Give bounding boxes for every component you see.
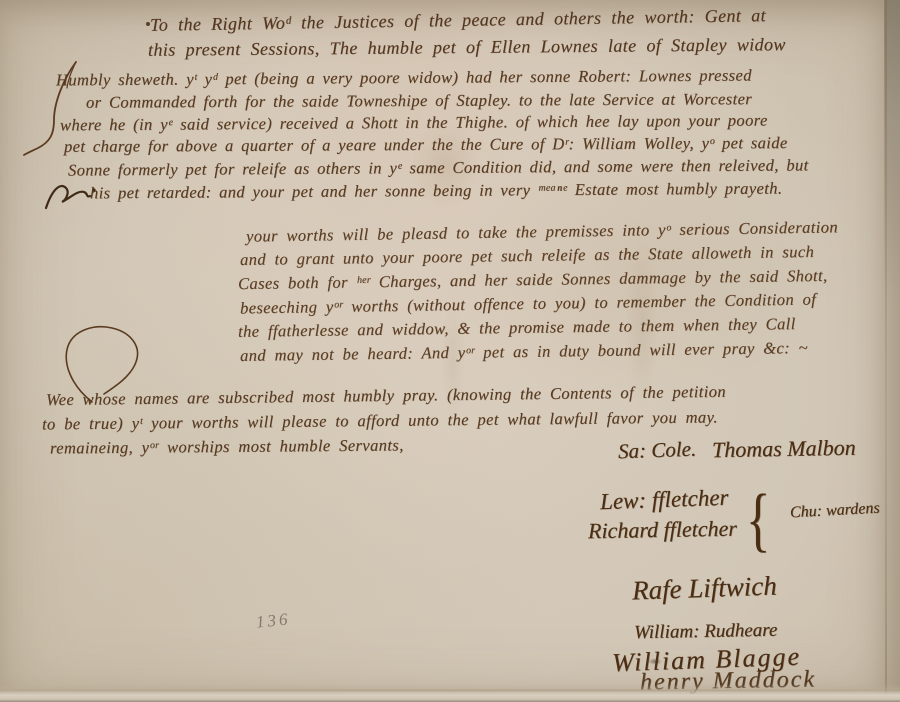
signature-cole: Sa: Cole. — [618, 437, 697, 465]
petition-heading-line-1: To the Right Woᵈ the Justices of the pea… — [150, 5, 766, 36]
page-edge-bottom — [0, 684, 900, 702]
signature-fletcher-lew: Lew: ffletcher — [600, 485, 729, 515]
petition-body-line: or Commanded forth for the saide Townesh… — [86, 89, 752, 112]
petition-prayer-line: the ffatherlesse and widdow, & the promi… — [238, 314, 796, 342]
signature-leftwich: Rafe Liftwich — [632, 570, 778, 606]
signature-fletcher-richard: Richard ffletcher — [588, 516, 737, 545]
margin-scribble — [42, 178, 102, 214]
fold-line — [885, 0, 887, 702]
churchwardens-brace: { — [746, 478, 770, 560]
churchwardens-label: Chu: wardens — [790, 500, 880, 523]
petition-heading-line-2: this present Sessions, The humble pet of… — [148, 34, 786, 61]
petition-prayer-line: and to grant unto your poore pet such re… — [240, 242, 814, 270]
petition-body-line: pet charge for above a quarter of a year… — [64, 133, 788, 157]
petition-body-line: Humbly sheweth. yᵗ yᵈ pet (being a very … — [56, 66, 752, 91]
petition-body-line: where he (in yᵉ said service) received a… — [60, 111, 768, 136]
signature-malbon: Thomas Malbon — [712, 435, 856, 464]
petition-prayer-line: and may not be heard: And yᵒʳ pet as in … — [240, 338, 808, 366]
manuscript-page: To the Right Woᵈ the Justices of the pea… — [0, 0, 900, 702]
petition-body-line: his pet retarded: and your pet and her s… — [90, 179, 783, 204]
subscription-line: remaineing, yᵒʳ worships most humble Ser… — [50, 435, 404, 458]
petition-body-line: Sonne formerly pet for releife as others… — [68, 155, 809, 180]
subscription-line: to be true) yᵗ your worths will please t… — [42, 407, 718, 434]
folio-number: 136 — [255, 609, 291, 632]
signature-rudheare: William: Rudheare — [634, 620, 778, 644]
